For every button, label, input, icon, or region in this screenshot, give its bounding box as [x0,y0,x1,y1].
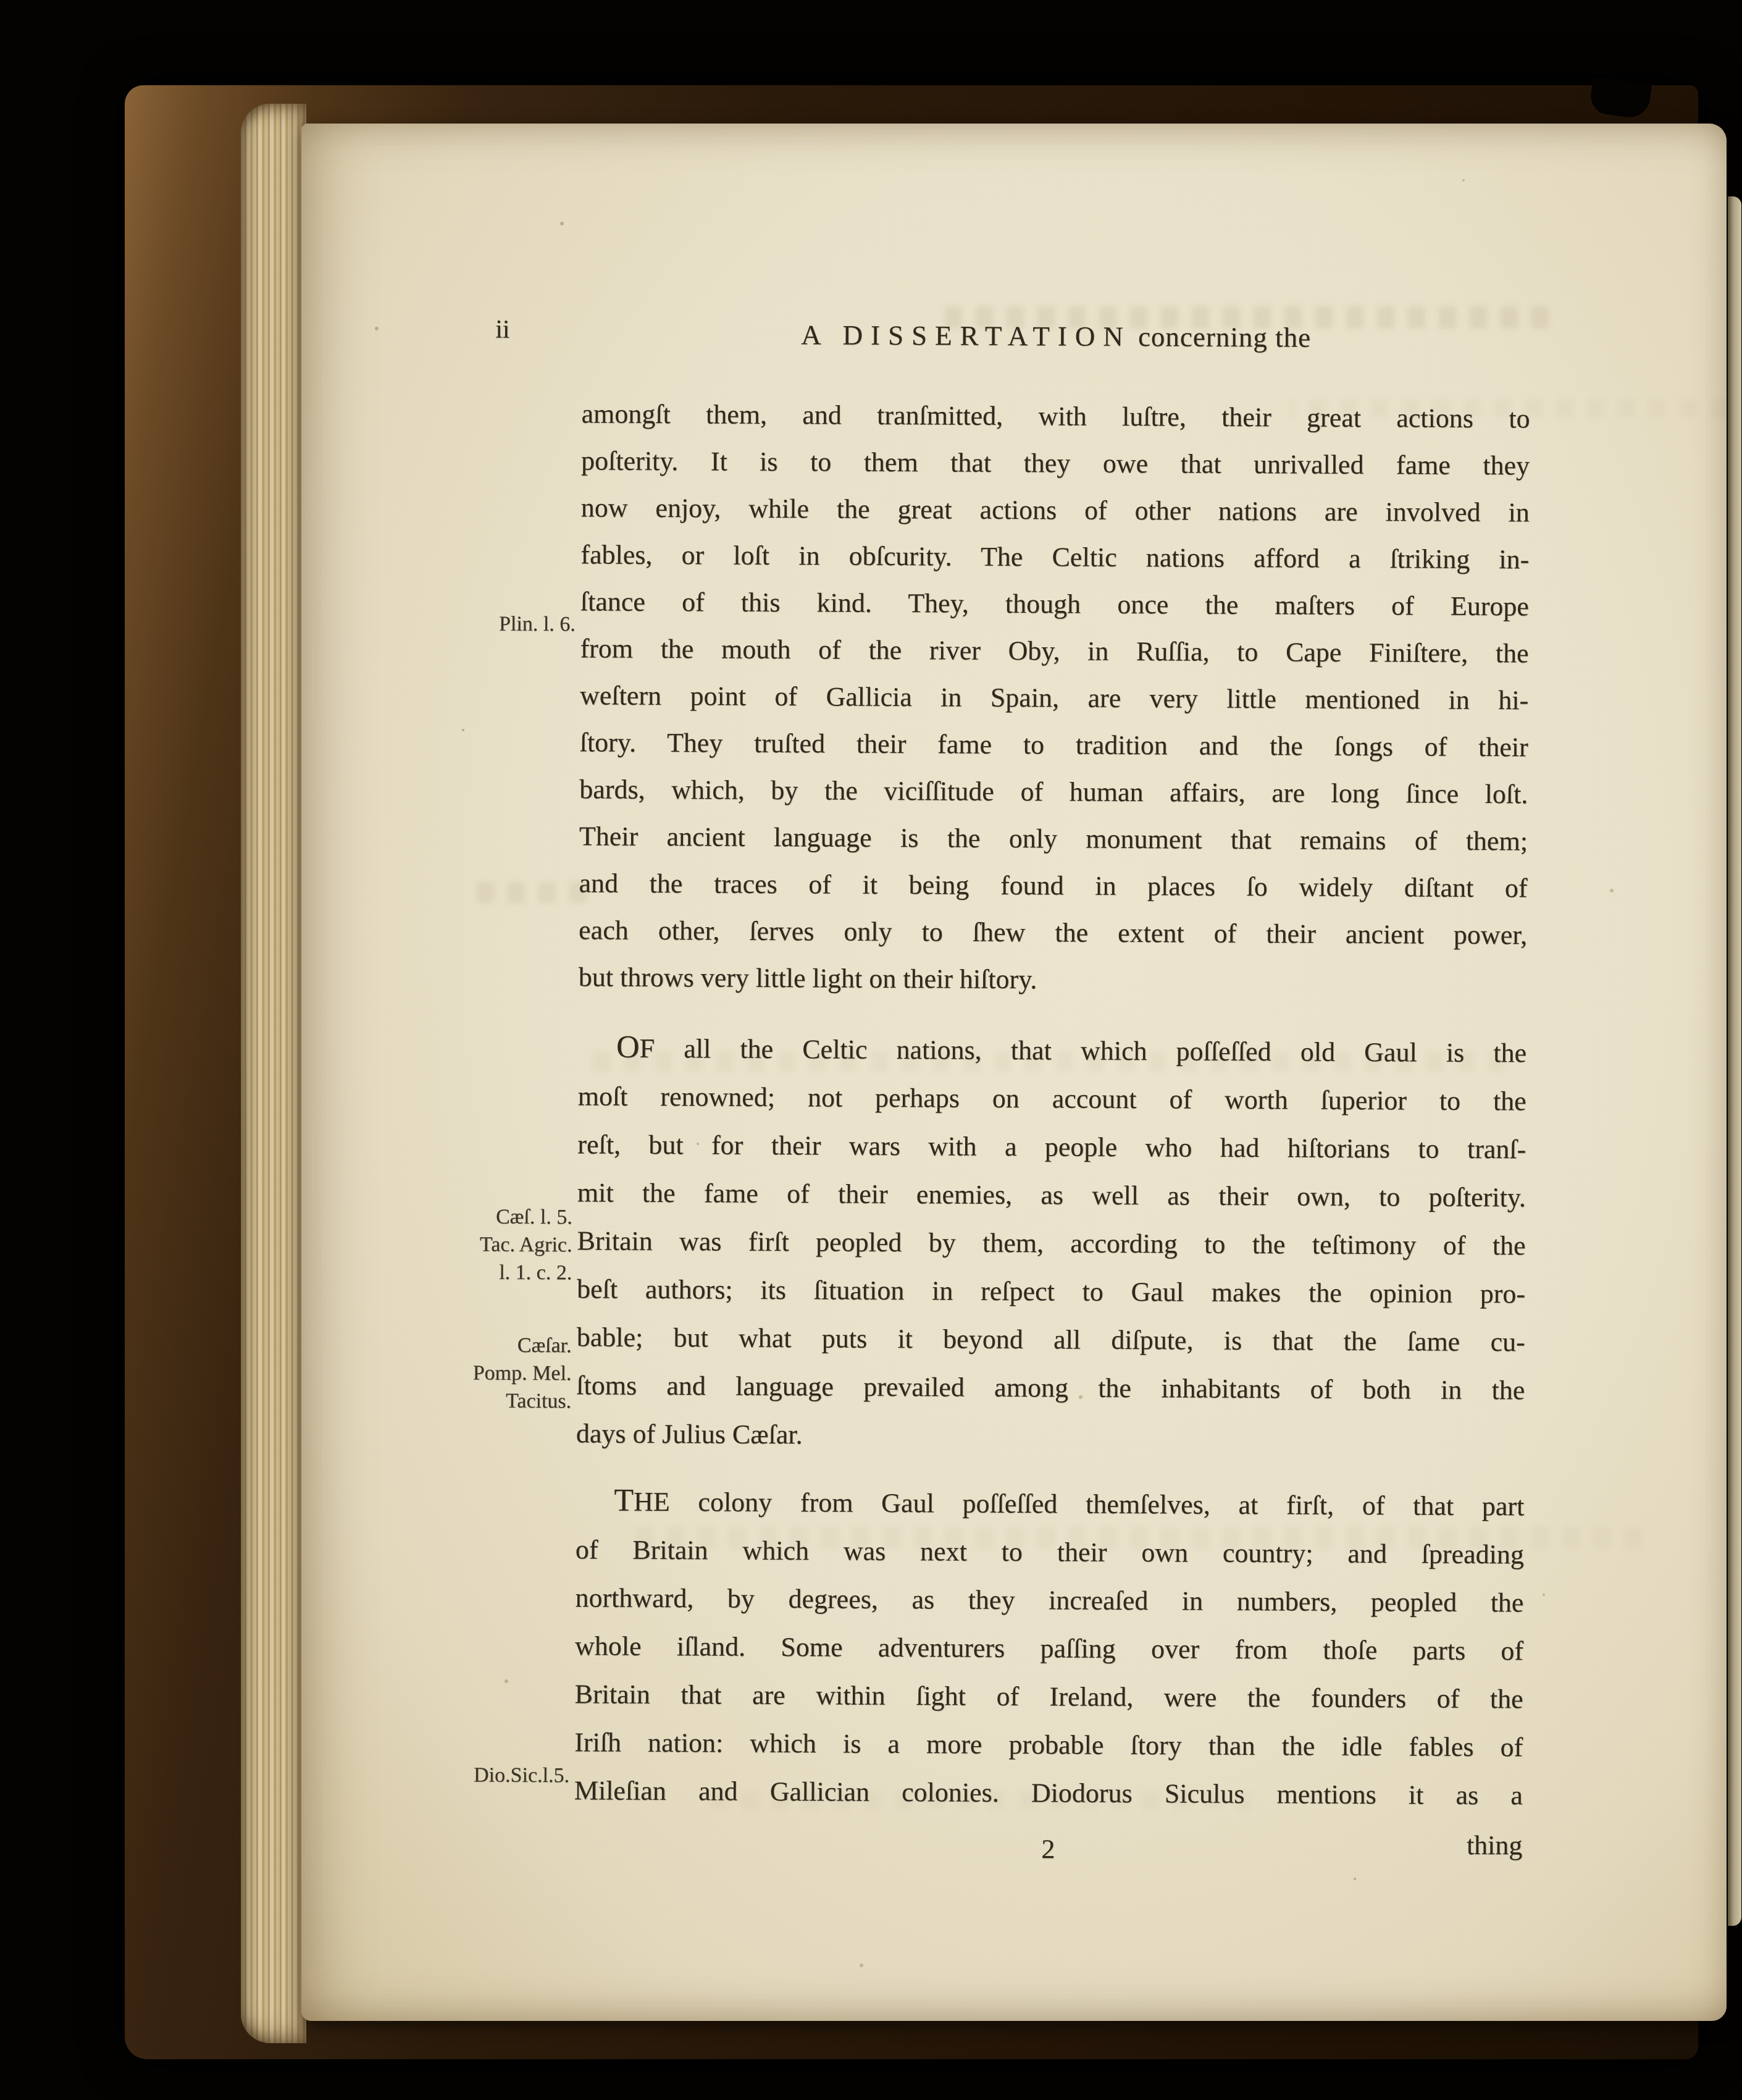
running-header: ii A DISSERTATION concerning the [582,317,1530,362]
page-number-roman: ii [495,315,569,345]
body-line: Britain that are within ſight of Ireland… [574,1670,1523,1723]
body-line: moſt renowned; not perhaps on account of… [578,1072,1526,1125]
margin-note-line: l. 1. c. 2. [368,1258,572,1287]
body-line: fables, or loſt in obſcurity. The Celtic… [580,531,1529,583]
body-line: mit the fame of their enemies, as well a… [577,1169,1526,1222]
body-line: of Britain which was next to their own c… [576,1526,1524,1579]
catchword: thing [1467,1829,1523,1861]
scan-background: ii A DISSERTATION concerning the amongſt… [0,0,1742,2100]
body-line: Iriſh nation: which is a more probable ſ… [574,1718,1523,1771]
body-line: Their ancient language is the only monum… [579,813,1528,865]
page-content: ii A DISSERTATION concerning the amongſt… [291,120,1727,2025]
body-line: THE colony from Gaul poſſeſſed themſelve… [576,1476,1524,1531]
body-line: Britain was firſt peopled by them, accor… [577,1217,1525,1270]
book-page: ii A DISSERTATION concerning the amongſt… [301,124,1727,2021]
body-line: beſt authors; its ſituation in reſpect t… [577,1265,1525,1318]
body-line: weſtern point of Gallicia in Spain, are … [580,672,1528,724]
margin-note-line: Tac. Agric. [368,1230,572,1259]
running-title-main: A DISSERTATION [801,319,1131,352]
body-line: each other, ſerves only to ſhew the exte… [579,907,1527,959]
body-line: amongſt them, and tranſmitted, with luſt… [581,390,1530,442]
body-line: bable; but what puts it beyond all diſpu… [576,1313,1525,1366]
margin-note-caesar-tacitus: Cæſ. l. 5. Tac. Agric. l. 1. c. 2. [368,1203,572,1287]
margin-note-line: Cæſ. l. 5. [369,1203,572,1232]
margin-note-diodorus: Dio.Sic.l.5. [366,1761,569,1790]
body-line: OF all the Celtic nations, that which po… [578,1023,1526,1077]
body-line: from the mouth of the river Oby, in Ruſſ… [580,625,1528,677]
body-line: ſtoms and language prevailed among the i… [576,1361,1525,1414]
body-line: poſterity. It is to them that they owe t… [581,437,1530,489]
body-line: ſtance of this kind. They, though once t… [580,578,1529,630]
body-line: and the traces of it being found in plac… [579,860,1527,912]
folio-row: 2 thing [574,1831,1522,1875]
body-line: ſtory. They truſted their fame to tradit… [580,719,1528,771]
margin-note-pliny: Plin. l. 6. [372,610,576,639]
body-line: now enjoy, while the great actions of ot… [581,484,1530,536]
underlying-page-edge [1728,196,1741,1926]
paragraph: OF all the Celtic nations, that which po… [576,1023,1527,1463]
body-line: whole iſland. Some adventurers paſſing o… [575,1622,1523,1675]
signature-mark: 2 [574,1831,1522,1867]
paragraph: THE colony from Gaul poſſeſſed themſelve… [574,1476,1525,1820]
running-title-tail: concerning the [1138,321,1311,353]
body-line: reſt, but for their wars with a people w… [577,1120,1526,1174]
body-line: northward, by degrees, as they increaſed… [575,1574,1523,1627]
margin-note-line: Pomp. Mel. [367,1359,571,1388]
running-title: A DISSERTATION concerning the [582,317,1530,355]
body-line: bards, which, by the viciſſitude of huma… [579,766,1528,818]
body-line: days of Julius Cæſar. [576,1409,1525,1463]
body-line: but throws very little light on their hi… [579,954,1527,1006]
paragraph: amongſt them, and tranſmitted, with luſt… [579,390,1530,1006]
body-line: Mileſian and Gallician colonies. Diodoru… [574,1766,1523,1820]
margin-note-line: Cæſar. [368,1331,572,1360]
margin-note-authorities: Cæſar. Pomp. Mel. Tacitus. [367,1331,572,1416]
margin-note-line: Tacitus. [367,1387,571,1416]
